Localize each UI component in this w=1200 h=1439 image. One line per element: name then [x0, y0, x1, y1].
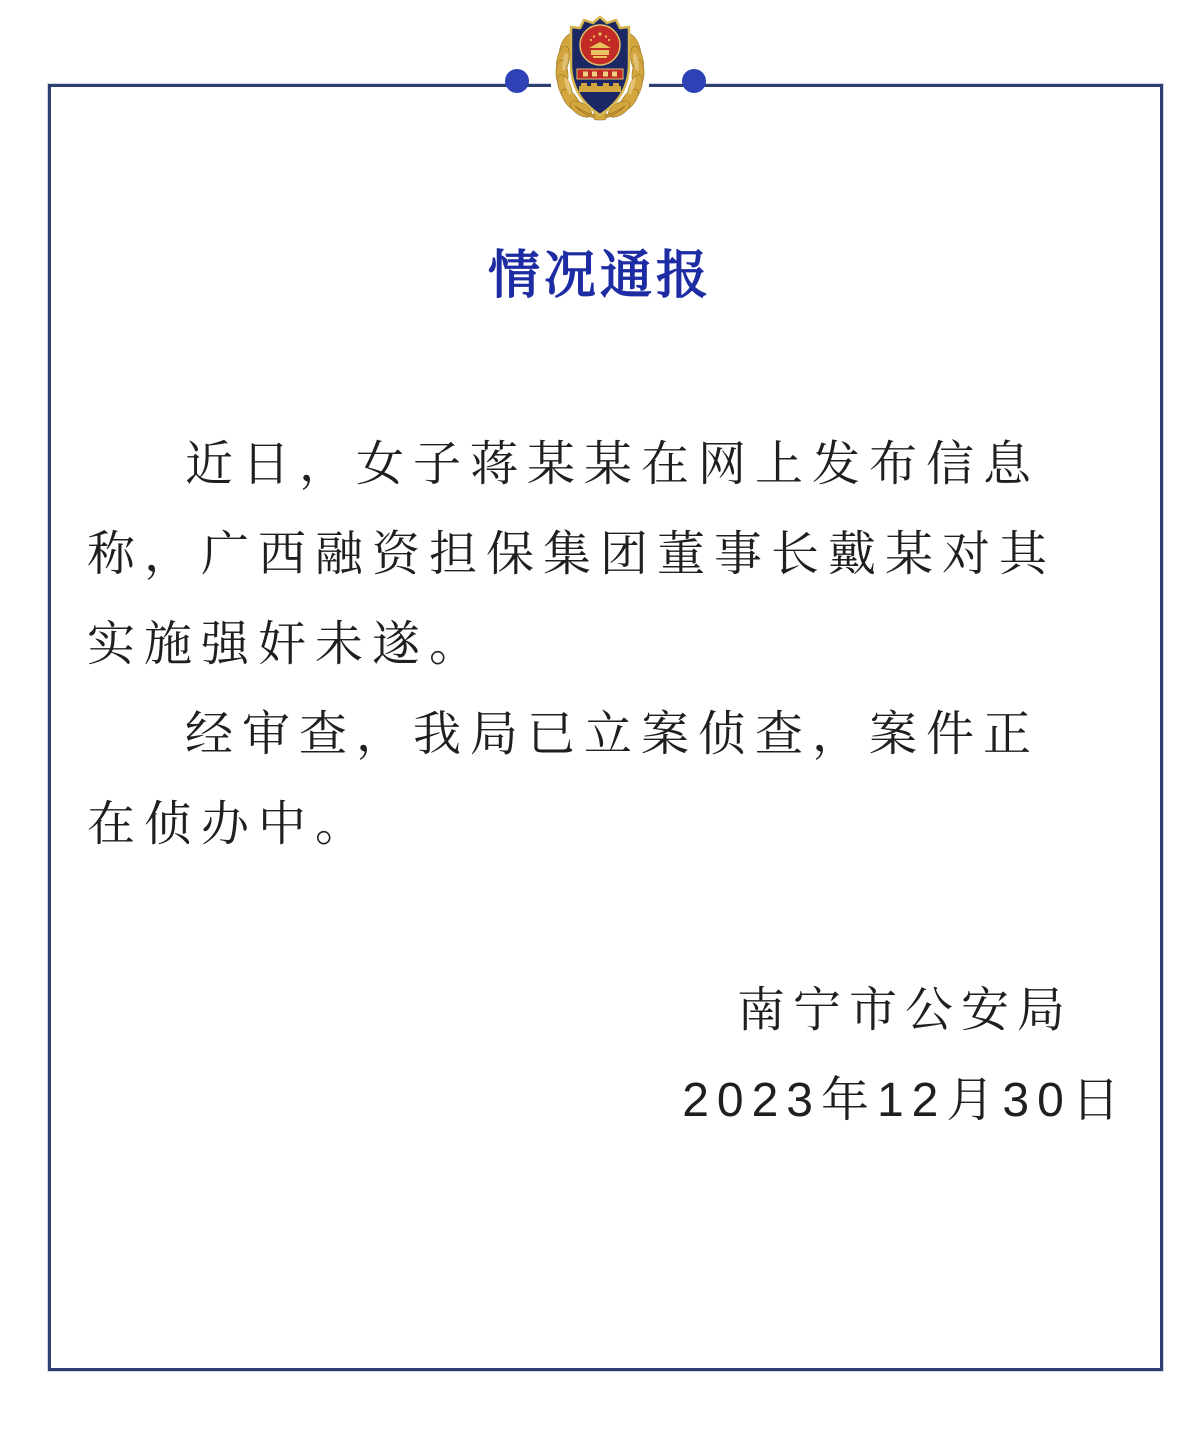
signature-block: 南宁市公安局 2023年12月30日: [620, 966, 1190, 1146]
notice-title: 情况通报: [0, 246, 1200, 306]
police-badge-icon: [551, 12, 649, 124]
body-line: 近日，女子蒋某某在网上发布信息: [87, 420, 1087, 510]
body-line: 在侦办中。: [87, 780, 1087, 870]
decorative-dot-right: [682, 69, 706, 93]
issuing-agency: 南宁市公安局: [620, 966, 1190, 1056]
notice-body: 近日，女子蒋某某在网上发布信息 称，广西融资担保集团董事长戴某对其 实施强奸未遂…: [87, 420, 1087, 870]
issue-date: 2023年12月30日: [620, 1056, 1190, 1146]
body-line: 称，广西融资担保集团董事长戴某对其: [87, 510, 1087, 600]
body-line: 经审查，我局已立案侦查，案件正: [87, 690, 1087, 780]
body-line: 实施强奸未遂。: [87, 600, 1087, 690]
decorative-dot-left: [505, 69, 529, 93]
